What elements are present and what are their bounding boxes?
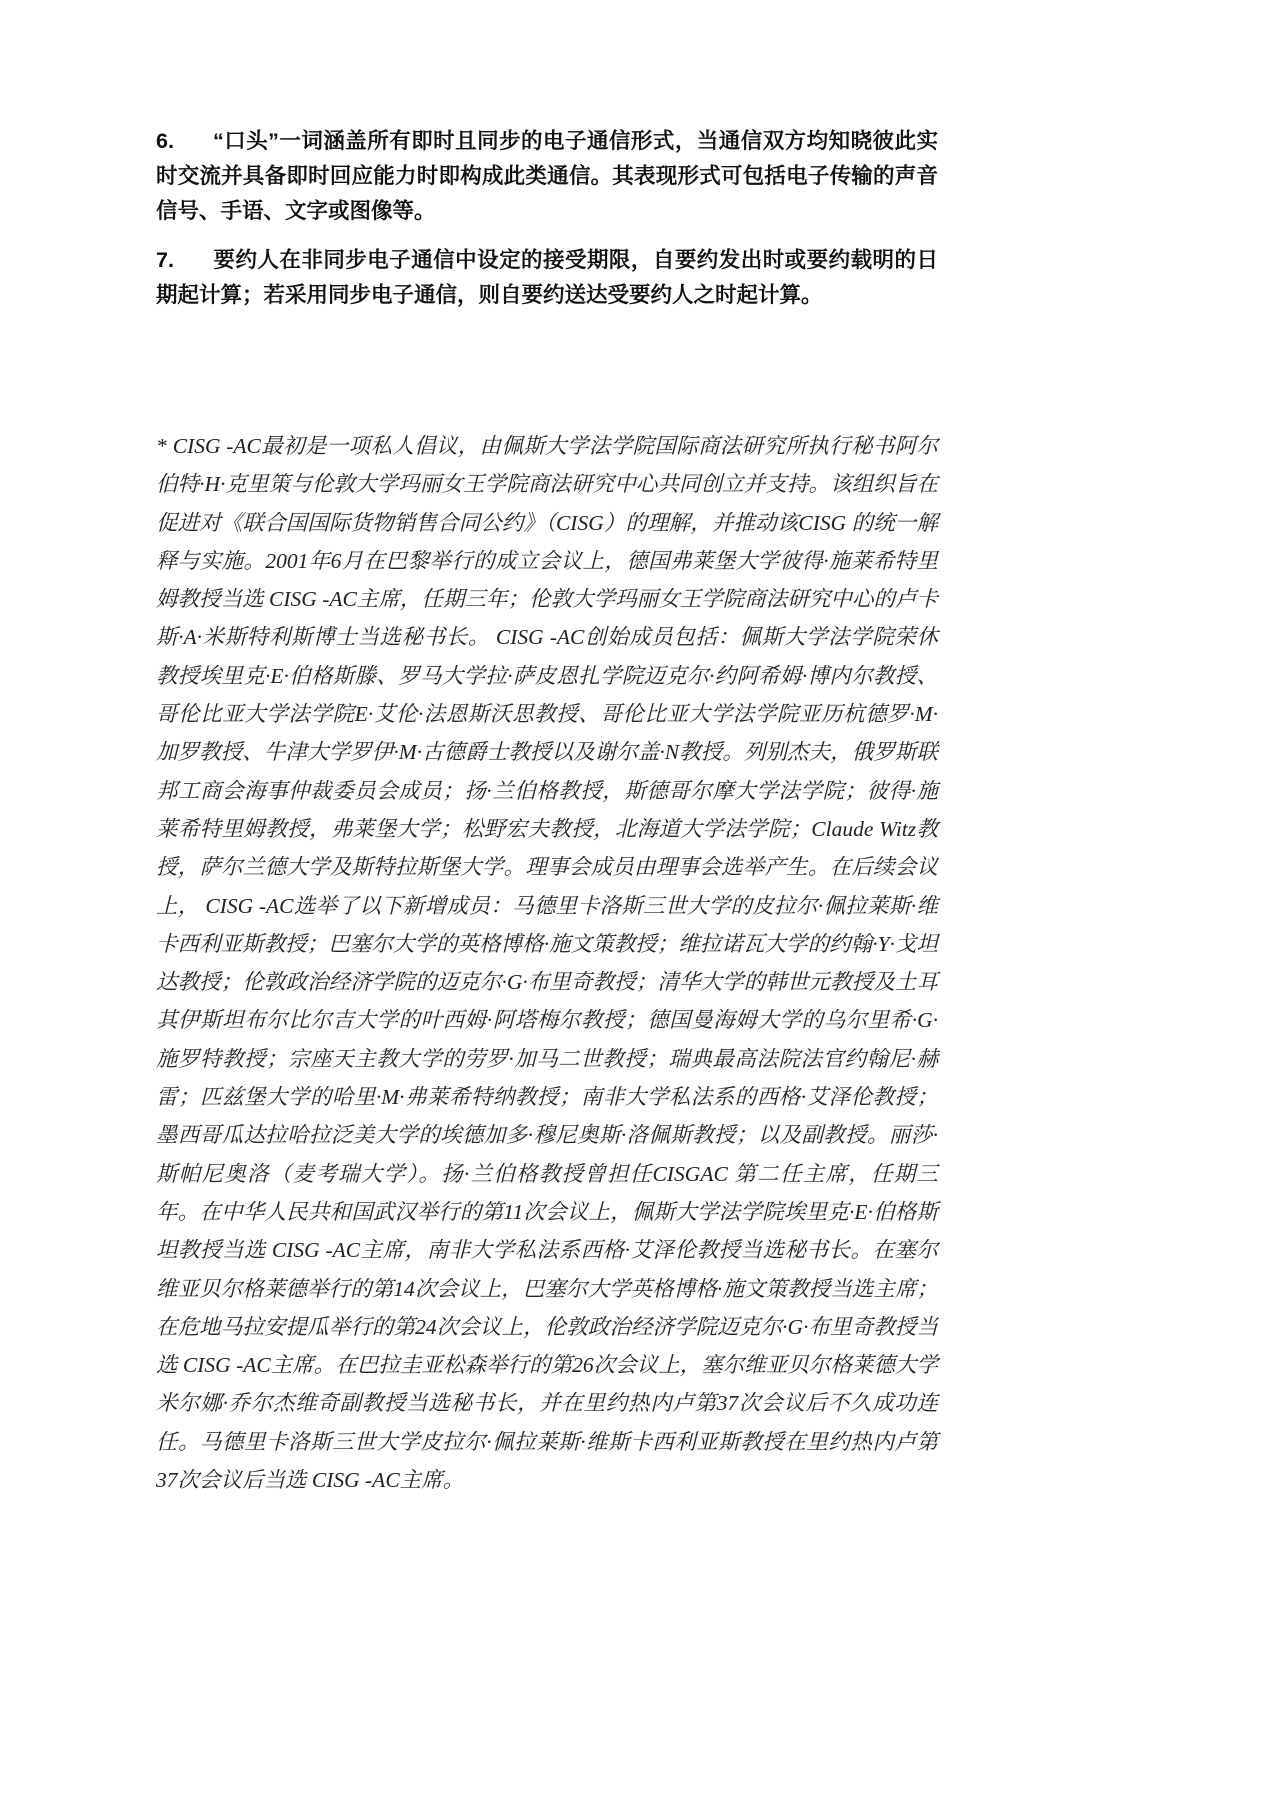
paragraph-6: 6.“口头”一词涵盖所有即时且同步的电子通信形式，当通信双方均知晓彼此实时交流并… [156, 124, 938, 229]
footnote: *CISG -AC最初是一项私人倡议，由佩斯大学法学院国际商法研究所执行秘书阿尔… [156, 427, 938, 1499]
text-column: 6.“口头”一词涵盖所有即时且同步的电子通信形式，当通信双方均知晓彼此实时交流并… [156, 124, 938, 1499]
paragraph-7: 7.要约人在非同步电子通信中设定的接受期限，自要约发出时或要约载明的日期起计算；… [156, 243, 938, 313]
footnote-text: CISG -AC最初是一项私人倡议，由佩斯大学法学院国际商法研究所执行秘书阿尔伯… [156, 434, 938, 1492]
footnote-marker: * [156, 434, 173, 458]
paragraph-6-number: 6. [156, 124, 213, 159]
document-page: 6.“口头”一词涵盖所有即时且同步的电子通信形式，当通信双方均知晓彼此实时交流并… [0, 0, 1280, 1812]
paragraph-6-text: “口头”一词涵盖所有即时且同步的电子通信形式，当通信双方均知晓彼此实时交流并具备… [156, 129, 938, 223]
paragraph-7-number: 7. [156, 243, 213, 278]
paragraph-7-text: 要约人在非同步电子通信中设定的接受期限，自要约发出时或要约载明的日期起计算；若采… [156, 248, 938, 307]
